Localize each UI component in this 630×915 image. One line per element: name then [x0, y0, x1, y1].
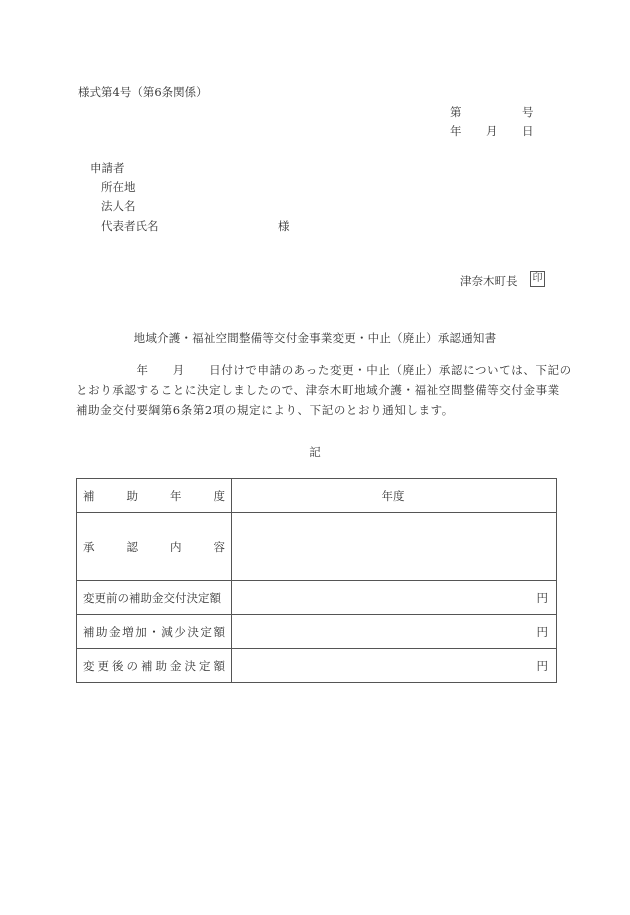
label-amount-before: 変更前の補助金交付決定額 — [77, 581, 232, 615]
date-month: 月 — [486, 123, 498, 139]
value-subsidy-year[interactable]: 年度 — [232, 479, 557, 513]
issuer-name: 津奈木町長 — [460, 273, 518, 289]
detail-table: 補 助 年 度 年度 承 認 内 容 変更前の補助金交付決定額 円 補 助 — [76, 478, 557, 683]
table-row-amount-after: 変 更 後 の 補 助 金 決 定 額 円 — [77, 649, 557, 683]
representative-label: 代表者氏名 — [101, 218, 159, 234]
table-row-amount-change: 補 助 金 増 加 ・ 減 少 決 定 額 円 — [77, 615, 557, 649]
body-line-3: 補助金交付要綱第6条第2項の規定により、下記のとおり通知します。 — [76, 400, 558, 420]
table-row-subsidy-year: 補 助 年 度 年度 — [77, 479, 557, 513]
honorific: 様 — [278, 218, 290, 234]
body-line-2: とおり承認することに決定しましたので、津奈木町地域介護・福祉空間整備等交付金事業 — [76, 380, 558, 400]
label-approval-content: 承 認 内 容 — [77, 513, 232, 581]
doc-no-suffix: 号 — [522, 104, 534, 120]
corp-name-label: 法人名 — [101, 198, 136, 214]
document-title: 地域介護・福祉空間整備等交付金事業変更・中止（廃止）承認通知書 — [0, 330, 630, 346]
label-amount-change: 補 助 金 増 加 ・ 減 少 決 定 額 — [77, 615, 232, 649]
table-row-amount-before: 変更前の補助金交付決定額 円 — [77, 581, 557, 615]
form-number: 様式第4号（第6条関係） — [78, 84, 208, 100]
value-amount-change[interactable]: 円 — [232, 615, 557, 649]
value-amount-after[interactable]: 円 — [232, 649, 557, 683]
applicant-label: 申請者 — [90, 160, 125, 176]
notice-body: 年 月 日付けで申請のあった変更・中止（廃止）承認については、下記の とおり承認… — [76, 360, 558, 420]
ki-heading: 記 — [0, 444, 630, 460]
date-year: 年 — [450, 123, 462, 139]
value-amount-before[interactable]: 円 — [232, 581, 557, 615]
doc-no-prefix: 第 — [450, 104, 462, 120]
value-approval-content[interactable] — [232, 513, 557, 581]
label-amount-after: 変 更 後 の 補 助 金 決 定 額 — [77, 649, 232, 683]
label-subsidy-year: 補 助 年 度 — [77, 479, 232, 513]
table-row-approval-content: 承 認 内 容 — [77, 513, 557, 581]
address-label: 所在地 — [101, 179, 136, 195]
date-day: 日 — [522, 123, 534, 139]
seal-stamp-box: 印 — [530, 271, 545, 287]
body-line-1: 年 月 日付けで申請のあった変更・中止（廃止）承認については、下記の — [76, 360, 558, 380]
